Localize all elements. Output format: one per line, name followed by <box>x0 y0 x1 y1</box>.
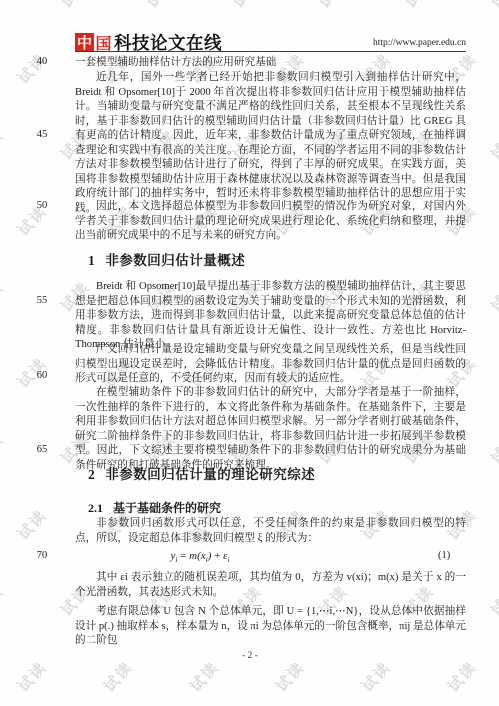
watermark-text: 试读 <box>443 657 481 696</box>
paragraph-4: 广义回归估计量是设定辅助变量与研究变量之间呈现线性关系，但是当线性回归模型出现设… <box>75 343 466 387</box>
section-2-1-title: 基于基础条件的研究 <box>113 501 221 515</box>
section-2-title: 非参数回归估计量的理论研究综述 <box>105 467 315 482</box>
watermark-text: 试读 <box>228 0 266 12</box>
equation-1-number: (1) <box>438 550 450 561</box>
section-heading-2: 2非参数回归估计量的理论研究综述 <box>88 468 466 483</box>
paragraph-6: 非参数回归函数形式可以任意，不受任何条件的约束是非参数回归模型的特点，所以，设定… <box>75 517 466 546</box>
paragraph-3: Breidt 和 Opsomer[10]最早提出基于非参数方法的模型辅助抽样估计… <box>75 280 466 353</box>
section-2-number: 2 <box>88 467 95 482</box>
watermark-text: 试读 <box>400 0 438 12</box>
watermark-text: 试读 <box>13 505 51 544</box>
logo-guo-block: 国 <box>94 33 113 52</box>
watermark-text: 试读 <box>0 429 8 468</box>
section-1-title: 非参数回归估计量概述 <box>105 253 245 268</box>
equation-1: yi = m(xi) + εi <box>75 550 325 562</box>
watermark-text: 试读 <box>486 0 499 12</box>
line-number-50: 50 <box>32 200 52 211</box>
section-heading-2-1: 2.1基于基础条件的研究 <box>88 501 466 516</box>
watermark-text: 试读 <box>271 657 309 696</box>
line-number-55: 55 <box>32 295 52 306</box>
line-number-40: 40 <box>32 56 52 67</box>
paragraph-7: 其中 εi 表示独立的随机误差项，其均值为 0，方差为 v(xi)；m(x) 是… <box>75 571 466 600</box>
paragraph-8: 考虑有限总体 U 包含 N 个总体单元，即 U = {1,⋯i,⋯N}，设从总体… <box>75 605 466 649</box>
watermark-text: 试读 <box>13 657 51 696</box>
watermark-text: 试读 <box>0 581 8 620</box>
watermark-text: 试读 <box>0 0 8 12</box>
watermark-text: 试读 <box>486 429 499 468</box>
line-number-65: 65 <box>32 444 52 455</box>
watermark-text: 试读 <box>314 0 352 12</box>
line-number-60: 60 <box>32 370 52 381</box>
watermark-text: 试读 <box>0 125 8 164</box>
site-url: http://www.paper.edu.cn <box>373 38 466 48</box>
line-number-45: 45 <box>32 129 52 140</box>
page-number: - 2 - <box>230 651 270 661</box>
watermark-text: 试读 <box>99 657 137 696</box>
section-2-1-number: 2.1 <box>88 501 103 515</box>
paragraph-5: 在模型辅助条件下的非参数回归估计的研究中，大部分学者是基于一阶抽样，一次性抽样的… <box>75 386 466 473</box>
paragraph-1: 近几年，国外一些学者已经开始把非参数回归模型引入到抽样估计研究中，Breidt … <box>75 71 466 216</box>
watermark-text: 试读 <box>486 581 499 620</box>
line-number-70: 70 <box>32 550 52 561</box>
paragraph-2: 因此，本文选择超总体模型为非参数回归模型的情况作为研究对象，对国内外学者关于非参… <box>75 200 466 244</box>
watermark-text: 试读 <box>486 277 499 316</box>
section-heading-1: 1非参数回归估计量概述 <box>88 254 466 269</box>
watermark-text: 试读 <box>486 125 499 164</box>
header-rule <box>75 51 466 52</box>
watermark-text: 试读 <box>357 657 395 696</box>
document-title-line: 一套模型辅助抽样估计方法的应用研究基础 <box>75 56 466 71</box>
watermark-text: 试读 <box>142 0 180 12</box>
watermark-text: 试读 <box>13 49 51 88</box>
section-1-number: 1 <box>88 253 95 268</box>
watermark-text: 试读 <box>185 657 223 696</box>
watermark-text: 试读 <box>56 0 94 12</box>
watermark-text: 试读 <box>0 277 8 316</box>
paper-page: 试读试读试读试读试读试读试读试读试读试读试读试读试读试读试读试读试读试读试读试读… <box>0 0 499 706</box>
logo-zhong-block: 中 <box>75 33 94 52</box>
